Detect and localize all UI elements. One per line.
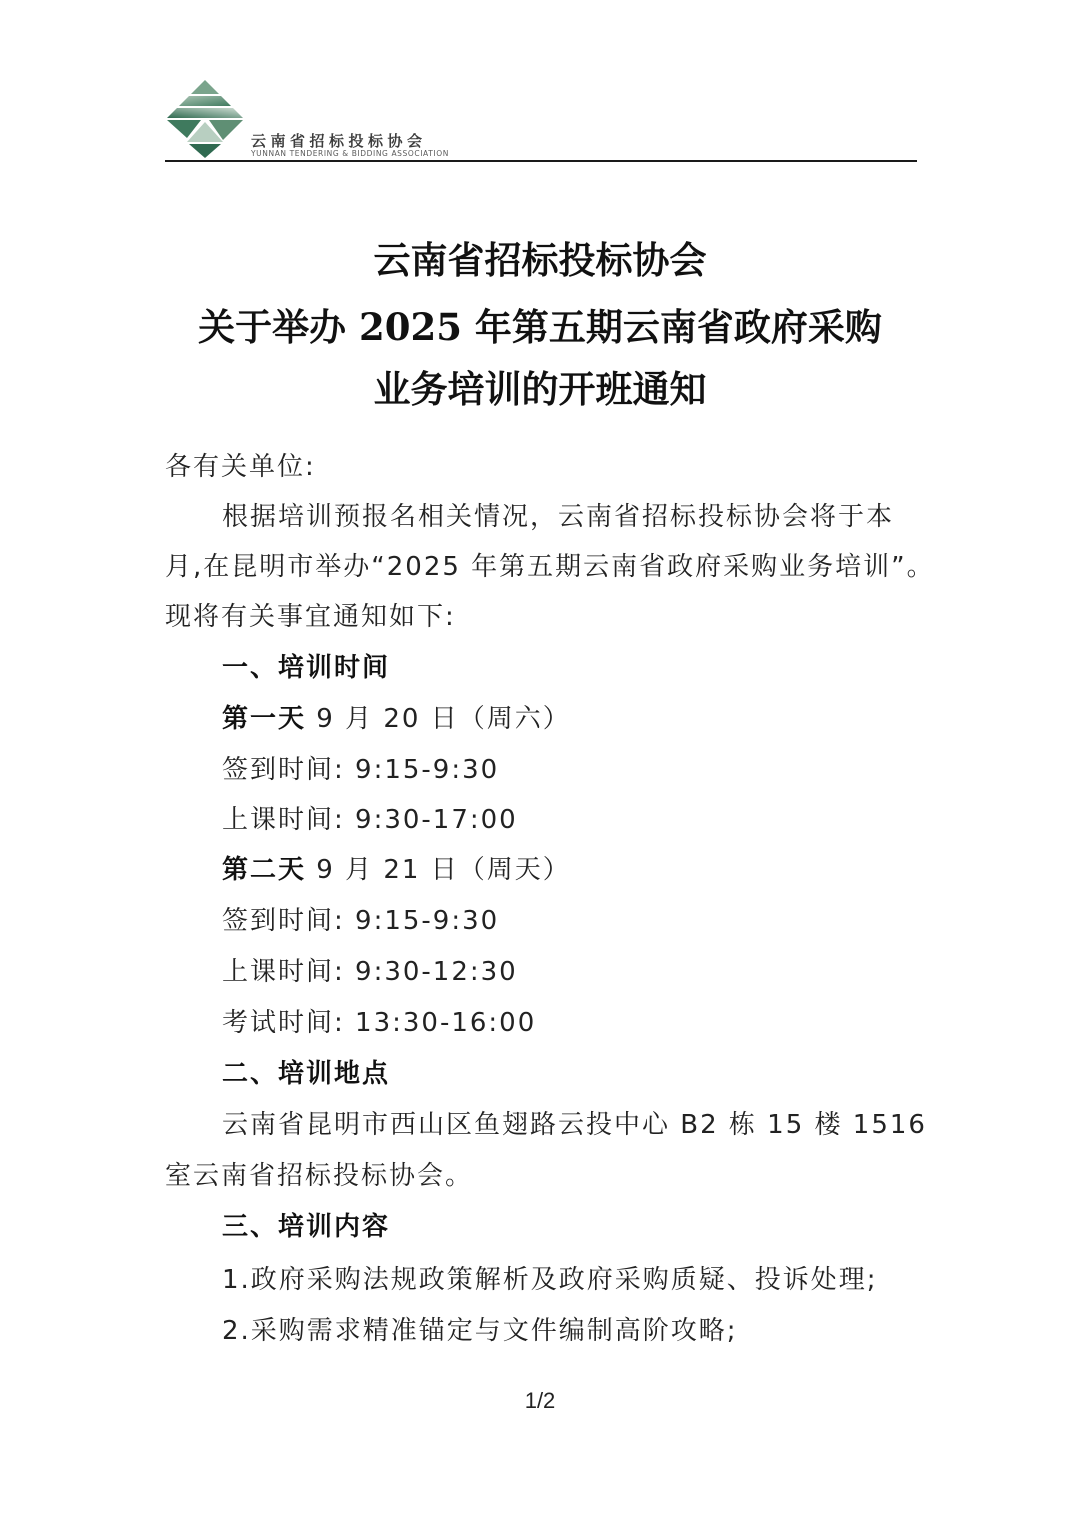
day2-checkin-time: 签到时间: 9:15-9:30 <box>222 900 499 937</box>
salutation: 各有关单位: <box>165 446 316 483</box>
content-item-2: 2.采购需求精准锚定与文件编制高阶攻略; <box>222 1310 738 1347</box>
title-line-1: 云南省招标投标协会 <box>140 230 940 284</box>
day2-label: 第二天 <box>222 855 306 885</box>
document-page: 云南省招标投标协会 YUNNAN TENDERING & BIDDING ASS… <box>0 0 1080 1527</box>
day2-exam-time: 考试时间: 13:30-16:00 <box>222 1002 536 1039</box>
day1-row: 第一天 9 月 20 日（周六） <box>222 698 571 735</box>
day2-class-time: 上课时间: 9:30-12:30 <box>222 951 518 988</box>
org-name-en: YUNNAN TENDERING & BIDDING ASSOCIATION <box>251 149 449 158</box>
intro-line-2: 月,在昆明市举办“2025 年第五期云南省政府采购业务培训”。 <box>165 546 935 583</box>
day2-row: 第二天 9 月 21 日（周天） <box>222 849 571 886</box>
org-name-cn: 云南省招标投标协会 <box>251 130 427 151</box>
intro-line-3: 现将有关事宜通知如下: <box>165 596 456 633</box>
section-1-heading: 一、培训时间 <box>222 647 390 684</box>
page-number: 1/2 <box>0 1388 1080 1414</box>
section-2-heading: 二、培训地点 <box>222 1053 390 1090</box>
day2-date: 9 月 21 日（周天） <box>306 855 571 885</box>
association-logo-icon <box>165 78 245 158</box>
header-divider <box>165 160 917 162</box>
section-3-heading: 三、培训内容 <box>222 1206 390 1243</box>
intro-line-1: 根据培训预报名相关情况，云南省招标投标协会将于本 <box>222 496 894 533</box>
address-line-2: 室云南省招标投标协会。 <box>165 1155 473 1192</box>
day1-date: 9 月 20 日（周六） <box>306 704 571 734</box>
title-line-2: 关于举办 2025 年第五期云南省政府采购 <box>140 297 940 351</box>
address-line-1: 云南省昆明市西山区鱼翅路云投中心 B2 栋 15 楼 1516 <box>222 1104 927 1141</box>
title-line-3: 业务培训的开班通知 <box>140 359 940 413</box>
content-item-1: 1.政府采购法规政策解析及政府采购质疑、投诉处理; <box>222 1259 878 1296</box>
day1-label: 第一天 <box>222 704 306 734</box>
letterhead: 云南省招标投标协会 YUNNAN TENDERING & BIDDING ASS… <box>165 78 917 162</box>
day1-class-time: 上课时间: 9:30-17:00 <box>222 799 518 836</box>
day1-checkin-time: 签到时间: 9:15-9:30 <box>222 749 499 786</box>
